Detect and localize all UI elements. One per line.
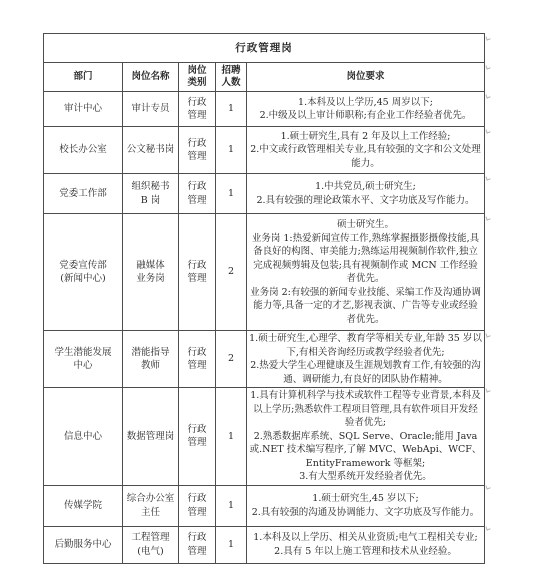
requirements-cell: 1.硕士研究生,45 岁以下; 2.具有较强的沟通及协调能力、文字功底及写作能力… bbox=[247, 485, 485, 526]
table-row: 传媒学院 综合办公室 主任 行政 管理 1 1.硕士研究生,45 岁以下; 2.… bbox=[44, 485, 485, 526]
category-cell: 行政 管理 bbox=[179, 331, 216, 388]
category-cell: 行政 管理 bbox=[179, 92, 216, 127]
headcount-cell: 1 bbox=[216, 174, 247, 214]
requirements-cell: 1.硕士研究生,心理学、教育学等相关专业,年龄 35 岁以下,有相关咨询经历或教… bbox=[247, 331, 485, 388]
headcount-cell: 2 bbox=[216, 331, 247, 388]
headcount-cell: 1 bbox=[216, 92, 247, 127]
headcount-cell: 1 bbox=[216, 485, 247, 526]
position-cell: 综合办公室 主任 bbox=[123, 485, 179, 526]
cell-end-mark-icon bbox=[485, 332, 490, 337]
table-row: 审计中心 审计专员 行政 管理 1 1.本科及以上学历,45 周岁以下; 2.中… bbox=[44, 92, 485, 127]
category-cell: 行政 管理 bbox=[179, 526, 216, 563]
requirements-cell: 1.本科及以上学历、相关从业资质;电气工程相关专业; 2.具有 5 年以上施工管… bbox=[247, 526, 485, 563]
cell-end-mark-icon bbox=[485, 93, 490, 98]
table-row: 党委工作部 组织秘书 B 岗 行政 管理 1 1.中共党员,硕士研究生; 2.具… bbox=[44, 174, 485, 214]
requirements-cell: 1.中共党员,硕士研究生; 2.具有较强的理论政策水平、文字功底及写作能力。 bbox=[247, 174, 485, 214]
cell-end-mark-icon bbox=[485, 387, 490, 392]
department-cell: 党委宣传部 (新闻中心) bbox=[44, 214, 123, 331]
position-cell: 公文秘书岗 bbox=[123, 127, 179, 174]
table-row: 学生潜能发展 中心 潜能指导 教师 行政 管理 2 1.硕士研究生,心理学、教育… bbox=[44, 331, 485, 388]
col-header-category: 岗位 类别 bbox=[179, 63, 216, 92]
category-cell: 行政 管理 bbox=[179, 485, 216, 526]
department-cell: 传媒学院 bbox=[44, 485, 123, 526]
cell-end-mark-icon bbox=[485, 128, 490, 133]
category-cell: 行政 管理 bbox=[179, 174, 216, 214]
department-cell: 信息中心 bbox=[44, 388, 123, 486]
cell-end-mark-icon bbox=[485, 64, 490, 69]
category-cell: 行政 管理 bbox=[179, 388, 216, 486]
table-row: 信息中心 数据管理岗 行政 管理 1 1.具有计算机科学与技术或软件工程等专业背… bbox=[44, 388, 485, 486]
cell-end-mark-icon bbox=[485, 525, 490, 530]
cell-end-mark-icon bbox=[485, 175, 490, 180]
table-title: 行政管理岗 bbox=[44, 34, 485, 63]
department-cell: 校长办公室 bbox=[44, 127, 123, 174]
job-positions-table: 行政管理岗 部门 岗位名称 岗位 类别 招聘 人数 岗位要求 审计中心 审计专员… bbox=[43, 33, 485, 564]
headcount-cell: 1 bbox=[216, 388, 247, 486]
cell-end-mark-icon bbox=[485, 215, 490, 220]
table-row: 党委宣传部 (新闻中心) 融媒体 业务岗 行政 管理 2 硕士研究生。 业务岗 … bbox=[44, 214, 485, 331]
table-header-row: 部门 岗位名称 岗位 类别 招聘 人数 岗位要求 bbox=[44, 63, 485, 92]
position-cell: 潜能指导 教师 bbox=[123, 331, 179, 388]
table-row: 校长办公室 公文秘书岗 行政 管理 1 1.硕士研究生,具有 2 年及以上工作经… bbox=[44, 127, 485, 174]
department-cell: 学生潜能发展 中心 bbox=[44, 331, 123, 388]
col-header-position: 岗位名称 bbox=[123, 63, 179, 92]
headcount-cell: 1 bbox=[216, 526, 247, 563]
department-cell: 党委工作部 bbox=[44, 174, 123, 214]
cell-end-marks bbox=[486, 0, 494, 584]
table-title-row: 行政管理岗 bbox=[44, 34, 485, 63]
position-cell: 审计专员 bbox=[123, 92, 179, 127]
requirements-cell: 1.硕士研究生,具有 2 年及以上工作经验; 2.中文或行政管理相关专业,具有较… bbox=[247, 127, 485, 174]
col-header-headcount: 招聘 人数 bbox=[216, 63, 247, 92]
cell-end-mark-icon bbox=[485, 35, 490, 40]
position-cell: 数据管理岗 bbox=[123, 388, 179, 486]
headcount-cell: 2 bbox=[216, 214, 247, 331]
position-cell: 组织秘书 B 岗 bbox=[123, 174, 179, 214]
cell-end-mark-icon bbox=[485, 484, 490, 489]
category-cell: 行政 管理 bbox=[179, 127, 216, 174]
requirements-cell: 硕士研究生。 业务岗 1:热爱新闻宣传工作,熟练掌握摄影摄像技能,具备良好的构图… bbox=[247, 214, 485, 331]
headcount-cell: 1 bbox=[216, 127, 247, 174]
position-cell: 融媒体 业务岗 bbox=[123, 214, 179, 331]
department-cell: 审计中心 bbox=[44, 92, 123, 127]
col-header-requirements: 岗位要求 bbox=[247, 63, 485, 92]
category-cell: 行政 管理 bbox=[179, 214, 216, 331]
requirements-cell: 1.具有计算机科学与技术或软件工程等专业背景,本科及以上学历;熟悉软件工程项目管… bbox=[247, 388, 485, 486]
table-row: 后勤服务中心 工程管理 (电气) 行政 管理 1 1.本科及以上学历、相关从业资… bbox=[44, 526, 485, 563]
document-page: 行政管理岗 部门 岗位名称 岗位 类别 招聘 人数 岗位要求 审计中心 审计专员… bbox=[0, 0, 540, 584]
department-cell: 后勤服务中心 bbox=[44, 526, 123, 563]
requirements-cell: 1.本科及以上学历,45 周岁以下; 2.中级及以上审计师职称;有企业工作经验者… bbox=[247, 92, 485, 127]
position-cell: 工程管理 (电气) bbox=[123, 526, 179, 563]
col-header-department: 部门 bbox=[44, 63, 123, 92]
